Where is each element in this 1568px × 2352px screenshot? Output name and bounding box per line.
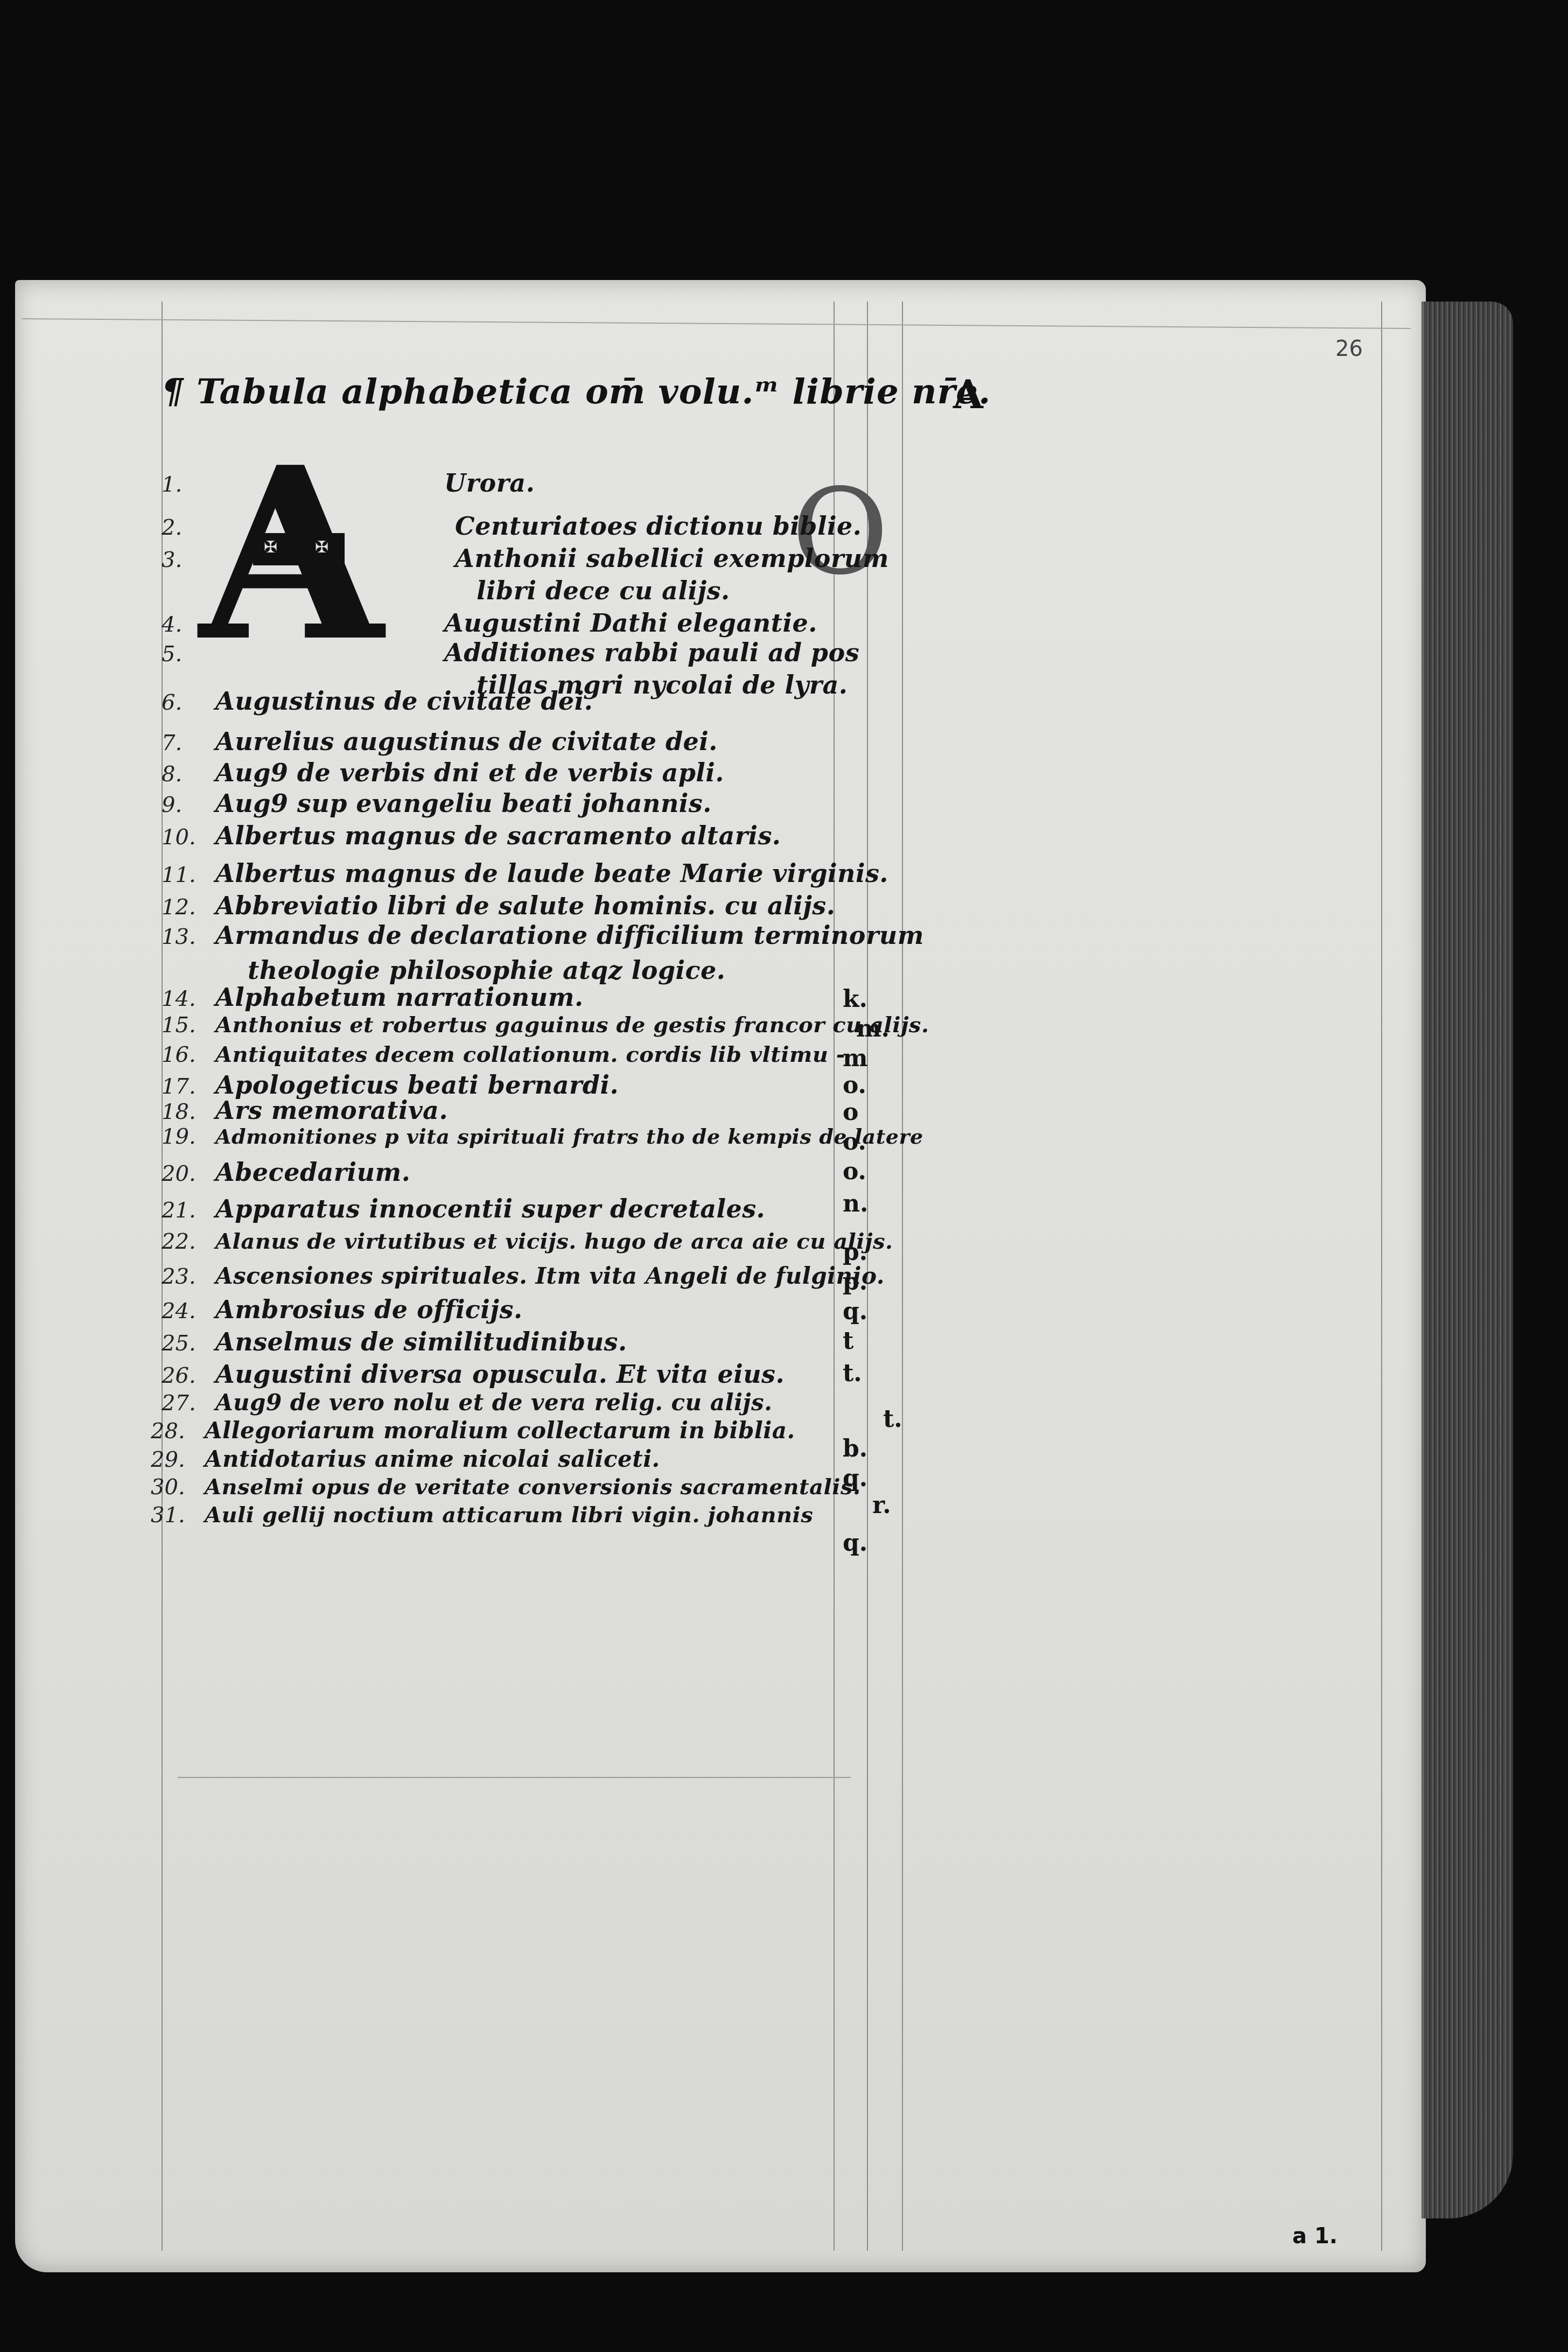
list-item: 29.Antidotarius anime nicolai saliceti. [151,1446,660,1472]
shelf-letter: q. [843,1298,867,1325]
book-edge [1422,302,1513,2218]
shelf-letter: p. [843,1268,867,1296]
shelf-letter: m. [856,1015,890,1042]
list-item-continuation: libri dece cu alijs. [162,576,730,605]
shelf-letter: t [843,1327,853,1355]
folio-number: 26 [1335,337,1363,361]
list-item: 8.Aug9 de verbis dni et de verbis apli. [162,758,724,787]
shelf-letter: m [843,1045,868,1072]
list-item: 2. Centuriatoes dictionu biblie. [162,512,862,541]
list-item: 13.Armandus de declaratione difficilium … [162,921,924,950]
list-item: 22.Alanus de virtutibus et vicijs. hugo … [162,1229,893,1254]
shelf-letter: t. [843,1360,862,1387]
list-item: 16.Antiquitates decem collationum. cordi… [162,1042,845,1067]
list-item: 30.Anselmi opus de veritate conversionis… [151,1474,860,1500]
list-item: 28.Allegoriarum moralium collectarum in … [151,1417,795,1444]
signature-mark: a 1. [1292,2224,1338,2249]
list-item: 31.Auli gellij noctium atticarum libri v… [151,1502,813,1528]
list-item: 11.Albertus magnus de laude beate Marie … [162,859,888,888]
shelf-letter: o [843,1098,858,1126]
shelf-letter: k. [843,985,867,1013]
list-item: 9.Aug9 sup evangeliu beati johannis. [162,789,712,818]
shelf-letter: n. [843,1190,868,1217]
shelf-letter: b. [843,1435,867,1462]
list-item: 23.Ascensiones spirituales. Itm vita Ang… [162,1263,885,1289]
shelf-letter: p. [843,1238,867,1266]
ruling-lower [178,1777,851,1778]
section-mark: A [953,372,983,417]
list-item: 5. Additiones rabbi pauli ad pos [162,638,859,667]
ruling-column-3 [902,302,903,2251]
page-title: ¶ Tabula alphabetica om̄ volu.ᵐ librie n… [162,372,991,412]
list-item: 1. Urora. [162,468,535,498]
ruling-right [1381,302,1382,2251]
shelf-letter: o. [843,1072,866,1099]
list-item: 24.Ambrosius de officijs. [162,1295,522,1324]
list-item: 18.Ars memorativa. [162,1096,448,1125]
list-item: 6.Augustinus de civitate dei. [162,687,593,716]
list-item: 25.Anselmus de similitudinibus. [162,1327,627,1356]
list-item: 15.Anthonius et robertus gaguinus de ges… [162,1012,929,1038]
shelf-letter: t. [883,1405,902,1433]
list-item: 7.Aurelius augustinus de civitate dei. [162,727,718,756]
list-item-continuation: theologie philosophie atqz logice. [162,956,725,985]
list-item: 17.Apologeticus beati bernardi. [162,1070,619,1100]
shelf-letter: r. [872,1492,891,1519]
shelf-letter: q. [843,1465,867,1492]
shelf-letter: q. [843,1529,867,1557]
list-item: 26.Augustini diversa opuscula. Et vita e… [162,1360,785,1389]
shelf-letter: o. [843,1128,866,1156]
list-item: 14.Alphabetum narrationum. [162,983,583,1012]
list-item: 3. Anthonii sabellici exemplorum [162,544,889,573]
list-item: 12.Abbreviatio libri de salute hominis. … [162,891,835,920]
list-item: 4. Augustini Dathi elegantie. [162,608,817,638]
list-item: 21.Apparatus innocentii super decretales… [162,1194,765,1223]
shelf-letter: o. [843,1158,866,1185]
list-item: 19.Admonitiones p vita spirituali fratrs… [162,1124,923,1149]
list-item: 10.Albertus magnus de sacramento altaris… [162,821,781,850]
list-item: 20.Abecedarium. [162,1158,410,1187]
list-item: 27.Aug9 de vero nolu et de vera relig. c… [162,1389,772,1416]
